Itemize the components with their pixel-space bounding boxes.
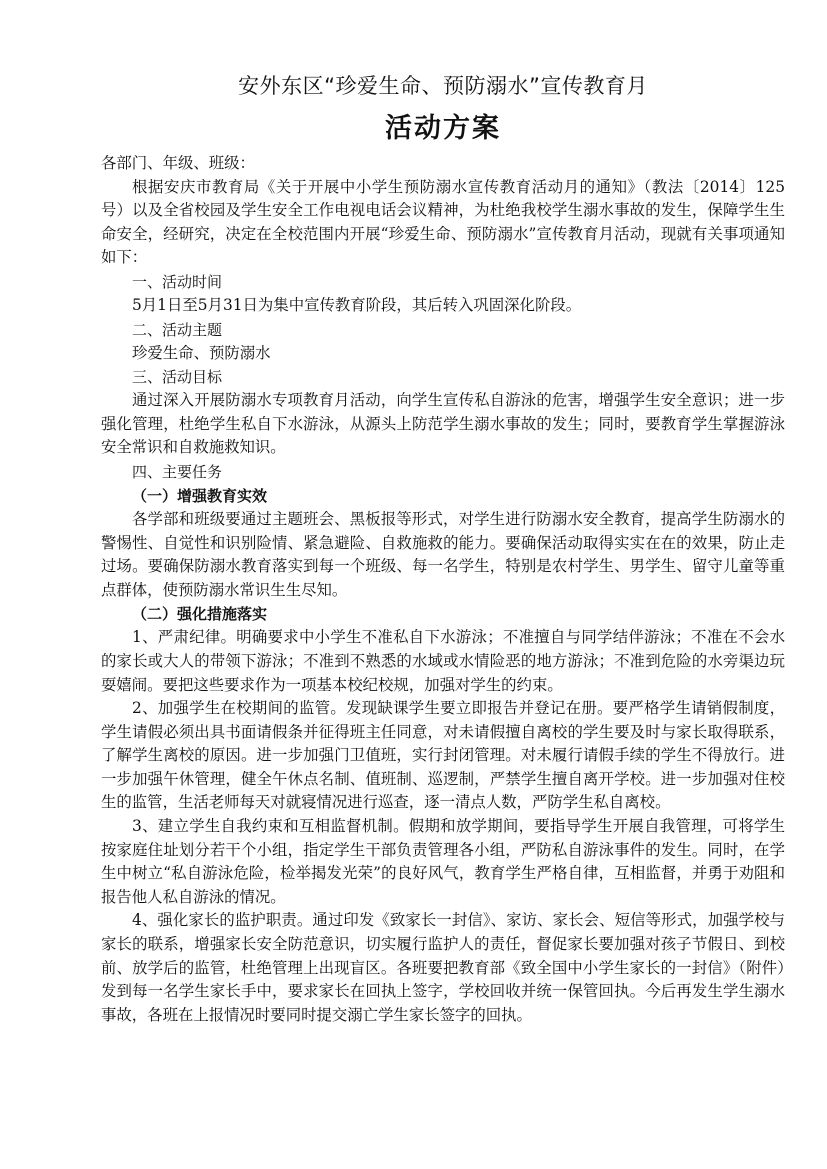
section-body-time: 5月1日至5月31日为集中宣传教育阶段，其后转入巩固深化阶段。 bbox=[101, 294, 785, 318]
task-heading-education: （一）增强教育实效 bbox=[101, 484, 785, 508]
document-page: 安外东区“珍爱生命、预防溺水”宣传教育月 活动方案 各部门、年级、班级： 根据安… bbox=[101, 68, 785, 1027]
task-heading-measures: （二）强化措施落实 bbox=[101, 602, 785, 626]
task-paragraph: 各学部和班级要通过主题班会、黑板报等形式，对学生进行防溺水安全教育，提高学生防溺… bbox=[101, 508, 785, 602]
task-paragraph: 4、强化家长的监护职责。通过印发《致家长一封信》、家访、家长会、短信等形式，加强… bbox=[101, 909, 785, 1027]
document-title-line2: 活动方案 bbox=[101, 106, 785, 152]
document-title-line1: 安外东区“珍爱生命、预防溺水”宣传教育月 bbox=[101, 68, 785, 104]
section-heading-theme: 二、活动主题 bbox=[101, 318, 785, 342]
task-paragraph: 1、严肃纪律。明确要求中小学生不准私自下水游泳；不准擅自与同学结伴游泳；不准在不… bbox=[101, 626, 785, 697]
salutation: 各部门、年级、班级： bbox=[101, 152, 785, 176]
section-heading-time: 一、活动时间 bbox=[101, 270, 785, 294]
section-heading-tasks: 四、主要任务 bbox=[101, 460, 785, 484]
task-paragraph: 2、加强学生在校期间的监管。发现缺课学生要立即报告并登记在册。要严格学生请销假制… bbox=[101, 697, 785, 815]
section-body-theme: 珍爱生命、预防溺水 bbox=[101, 342, 785, 366]
section-heading-goal: 三、活动目标 bbox=[101, 365, 785, 389]
task-paragraph: 3、建立学生自我约束和互相监督机制。假期和放学期间，要指导学生开展自我管理，可将… bbox=[101, 815, 785, 909]
section-body-goal: 通过深入开展防溺水专项教育月活动，向学生宣传私自游泳的危害，增强学生安全意识；进… bbox=[101, 389, 785, 460]
intro-paragraph: 根据安庆市教育局《关于开展中小学生预防溺水宣传教育活动月的通知》（教法〔2014… bbox=[101, 176, 785, 270]
